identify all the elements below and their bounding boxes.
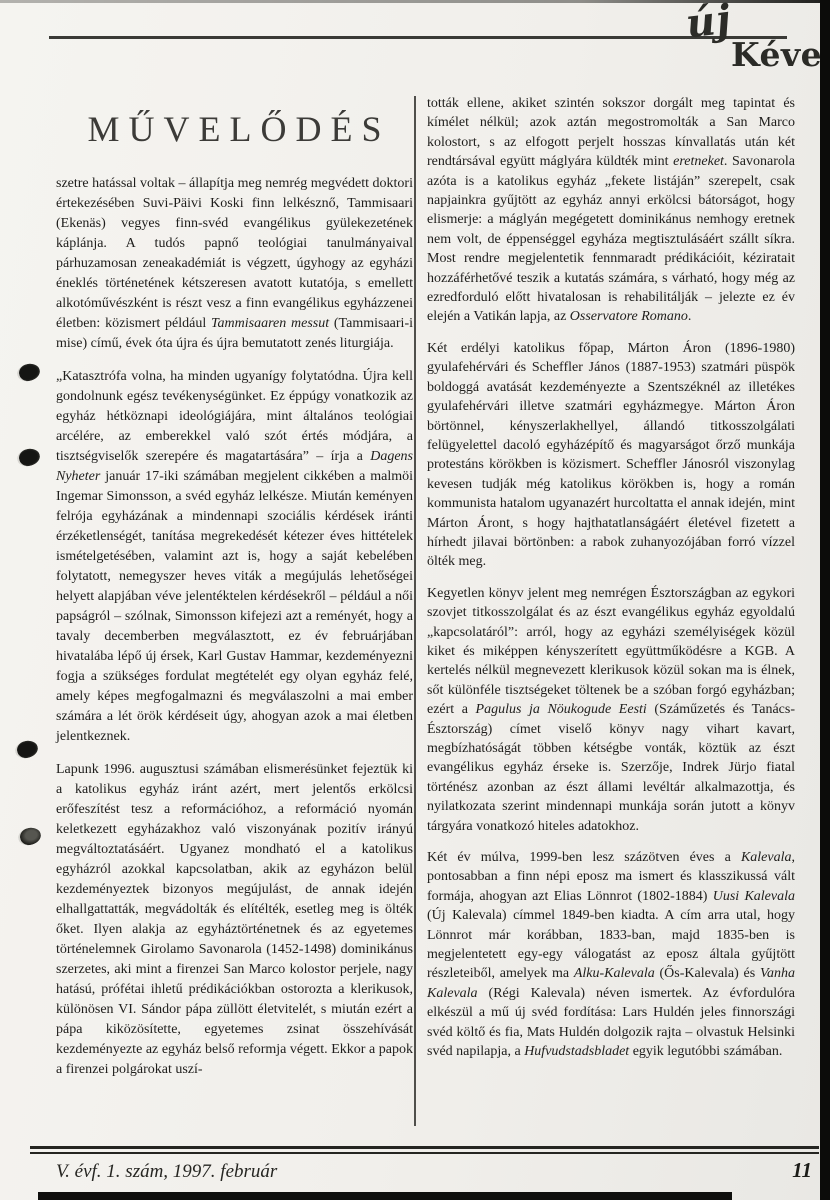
- paragraph: „Katasztrófa volna, ha minden ugyanígy f…: [56, 367, 413, 747]
- punch-hole: [15, 361, 41, 383]
- scan-right-edge: [820, 0, 830, 1200]
- left-column: MŰVELŐDÉS szetre hatással voltak – állap…: [56, 100, 413, 1093]
- paragraph: Lapunk 1996. augusztusi számában elismer…: [56, 760, 413, 1080]
- section-title: MŰVELŐDÉS: [56, 108, 413, 150]
- left-column-text: szetre hatással voltak – állapítja meg n…: [56, 174, 413, 1080]
- scanned-magazine-page: új Kéve MŰVELŐDÉS szetre hatással voltak…: [0, 0, 830, 1200]
- logo-word-keve: Kéve: [731, 35, 822, 74]
- paragraph: tották ellene, akiket szintén sokszor do…: [427, 94, 795, 327]
- footer-page-number: 11: [760, 1158, 812, 1183]
- paragraph: szetre hatással voltak – állapítja meg n…: [56, 174, 413, 354]
- paragraph: Két év múlva, 1999-ben lesz százötven év…: [427, 848, 795, 1061]
- right-column-text: tották ellene, akiket szintén sokszor do…: [427, 94, 795, 1062]
- paragraph: Két erdélyi katolikus főpap, Márton Áron…: [427, 339, 795, 572]
- logo-script-uj: új: [683, 0, 734, 48]
- punch-hole: [16, 825, 42, 847]
- punch-hole: [13, 738, 39, 760]
- footer-issue-line: V. évf. 1. szám, 1997. február: [56, 1161, 277, 1183]
- masthead-rule: [49, 36, 787, 39]
- scan-bottom-edge: [38, 1192, 732, 1200]
- column-divider: [414, 96, 416, 1126]
- footer-rule: [30, 1146, 819, 1154]
- punch-hole: [15, 446, 41, 468]
- right-column: tották ellene, akiket szintén sokszor do…: [427, 94, 795, 1074]
- paragraph: Kegyetlen könyv jelent meg nemrégen Észt…: [427, 584, 795, 836]
